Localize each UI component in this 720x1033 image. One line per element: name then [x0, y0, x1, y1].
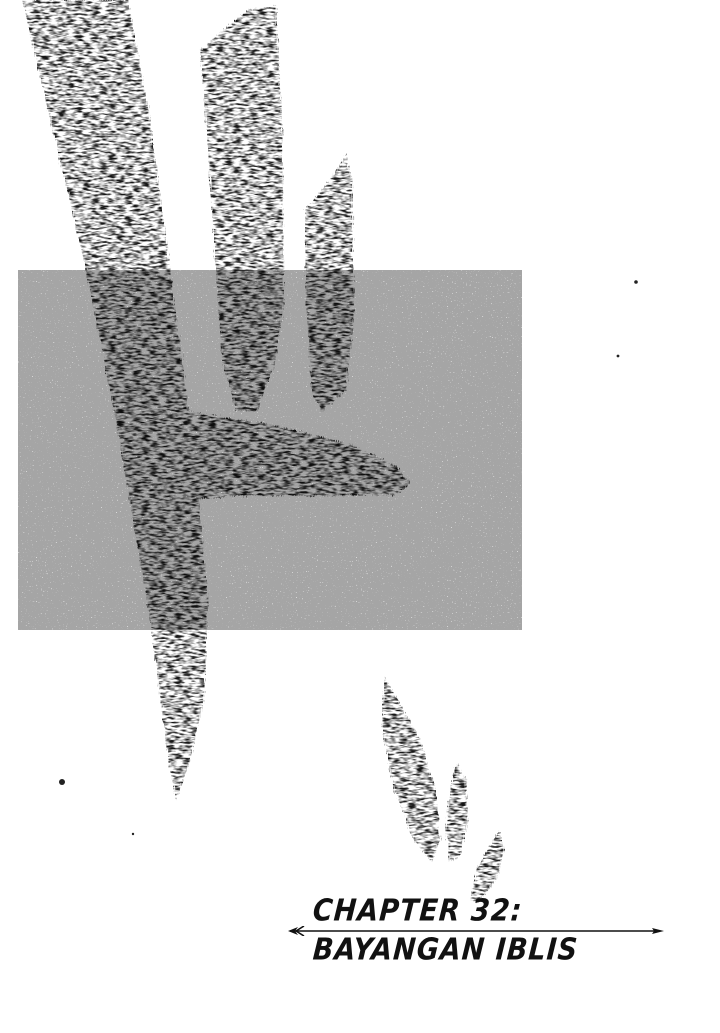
chapter-subtitle: BAYANGAN IBLIS: [312, 935, 579, 965]
brush-stroke-artwork: [0, 0, 720, 1033]
ink-speckle: [60, 300, 480, 600]
chapter-number: CHAPTER 32:: [312, 896, 524, 926]
chapter-title: CHAPTER 32: BAYANGAN IBLIS: [286, 893, 666, 973]
lower-claw-middle: [446, 762, 468, 862]
lower-claw-right: [470, 830, 504, 902]
lower-claw-left: [382, 676, 440, 862]
